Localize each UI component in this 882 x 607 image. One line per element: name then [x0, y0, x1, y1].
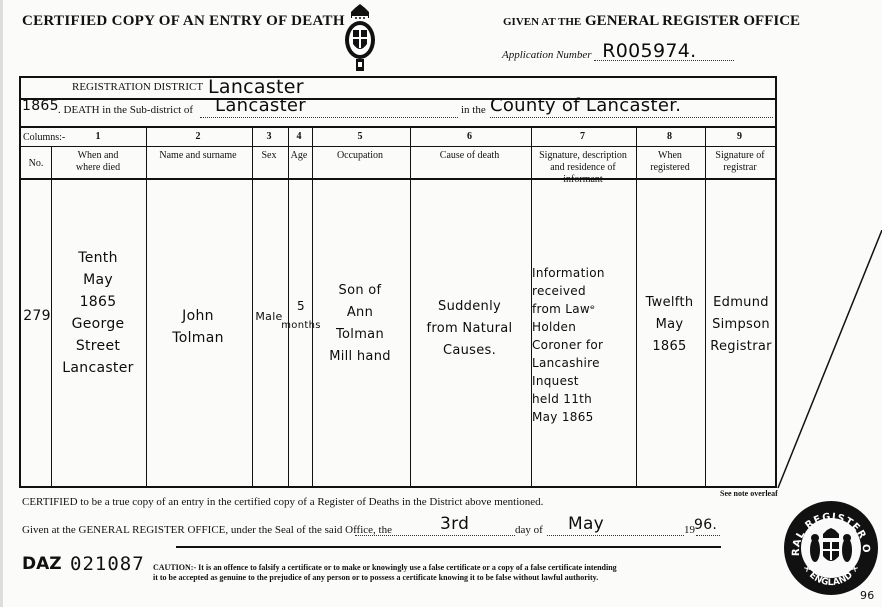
- when-line: 1865: [51, 291, 145, 313]
- cause-line: Causes.: [409, 340, 530, 362]
- issue-day: 3rd: [440, 514, 469, 534]
- column-label-when-registered: When registered: [642, 150, 698, 174]
- registrar-line: Registrar: [704, 336, 778, 358]
- column-number-8: 8: [635, 131, 704, 142]
- informant-line: Coroner for: [532, 336, 637, 354]
- informant-line: received: [532, 282, 637, 300]
- column-number-1: 1: [51, 131, 145, 142]
- where-line: Street: [51, 335, 145, 357]
- given-name: John: [145, 305, 251, 327]
- occupation-line: Tolman: [311, 324, 409, 346]
- where-line: Lancaster: [51, 357, 145, 379]
- entry-name: John Tolman: [145, 305, 251, 349]
- column-number-7: 7: [530, 131, 635, 142]
- surname: Tolman: [145, 327, 251, 349]
- application-number-value: R005974.: [602, 40, 696, 62]
- column-label-cause: Cause of death: [409, 150, 530, 162]
- county-value: County of Lancaster.: [490, 95, 681, 116]
- column-number-5: 5: [311, 131, 409, 142]
- where-line: George: [51, 313, 145, 335]
- cause-line: Suddenly: [409, 296, 530, 318]
- informant-line: Information: [532, 264, 637, 282]
- entry-informant: Information received from Lawᵉ Holden Co…: [530, 264, 637, 426]
- column-label-name: Name and surname: [145, 150, 251, 162]
- gro-title-prefix: GIVEN AT THE: [503, 16, 581, 28]
- entry-occupation: Son of Ann Tolman Mill hand: [311, 280, 409, 368]
- column-label-when-where: When and where died: [66, 150, 130, 174]
- entry-when-registered: Twelfth May 1865: [635, 292, 704, 358]
- informant-line: May 1865: [532, 408, 637, 426]
- subdistrict-label: . DEATH in the Sub-district of: [58, 104, 193, 116]
- county-label: in the: [461, 104, 486, 116]
- signature-rule: [176, 546, 721, 548]
- entry-registrar-signature: Edmund Simpson Registrar: [704, 292, 778, 358]
- registrar-line: Simpson: [704, 314, 778, 336]
- seal-mark: 96: [860, 589, 875, 602]
- registrar-line: Edmund: [704, 292, 778, 314]
- informant-line: held 11th: [532, 390, 637, 408]
- certified-statement: CERTIFIED to be a true copy of an entry …: [22, 496, 543, 508]
- issue-year: 96.: [694, 517, 717, 533]
- when-line: May: [51, 269, 145, 291]
- gro-seal-icon: GENERAL REGISTER OFFICE × ENGLAND ×: [783, 500, 879, 596]
- serial-number: 021087: [70, 553, 145, 575]
- column-number-3: 3: [251, 131, 287, 142]
- column-label-no: No.: [21, 158, 51, 170]
- given-statement: Given at the GENERAL REGISTER OFFICE, un…: [22, 524, 392, 536]
- see-note-overleaf: See note overleaf: [720, 489, 778, 498]
- entry-number: 279: [21, 305, 53, 327]
- informant-line: Inquest: [532, 372, 637, 390]
- entry-cause-of-death: Suddenly from Natural Causes.: [409, 296, 530, 362]
- occupation-line: Son of: [311, 280, 409, 302]
- column-label-occupation: Occupation: [311, 150, 409, 162]
- entry-when-where-died: Tenth May 1865 George Street Lancaster: [51, 247, 145, 379]
- column-number-4: 4: [287, 131, 311, 142]
- occupation-line: Ann: [311, 302, 409, 324]
- informant-line: from Lawᵉ: [532, 300, 637, 318]
- application-number-label: Application Number: [502, 49, 592, 61]
- certificate-title: CERTIFIED COPY OF AN ENTRY OF DEATH: [22, 13, 345, 30]
- when-line: Tenth: [51, 247, 145, 269]
- column-number-2: 2: [145, 131, 251, 142]
- column-number-9: 9: [704, 131, 775, 142]
- serial-prefix: DAZ: [22, 554, 62, 574]
- royal-crest-icon: [343, 4, 377, 76]
- registered-line: 1865: [635, 336, 704, 358]
- subdistrict-value: Lancaster: [215, 95, 306, 116]
- caution-line: it to be accepted as genuine to the prej…: [153, 573, 617, 583]
- caution-line: CAUTION:- It is an offence to falsify a …: [153, 563, 617, 573]
- gro-title-main: GENERAL REGISTER OFFICE: [585, 13, 800, 29]
- application-number: Application Number R005974.: [502, 48, 734, 61]
- registered-line: May: [635, 314, 704, 336]
- issue-month: May: [568, 514, 604, 534]
- cause-line: from Natural: [409, 318, 530, 340]
- cancel-diagonal-line: [770, 230, 882, 490]
- column-label-registrar: Signature of registrar: [708, 150, 772, 174]
- informant-line: Lancashire: [532, 354, 637, 372]
- column-label-sex: Sex: [251, 150, 287, 162]
- informant-line: Holden: [532, 318, 637, 336]
- gro-title: GIVEN AT THE GENERAL REGISTER OFFICE: [503, 13, 800, 30]
- page-edge: [0, 0, 3, 607]
- registration-district-label: REGISTRATION DISTRICT: [72, 81, 203, 93]
- column-label-informant: Signature, description and residence of …: [531, 150, 635, 186]
- column-label-age: Age: [287, 150, 311, 162]
- year-value: 1865: [22, 98, 59, 114]
- column-number-6: 6: [409, 131, 530, 142]
- day-of-label: day of: [515, 524, 543, 536]
- registered-line: Twelfth: [635, 292, 704, 314]
- caution-notice: CAUTION:- It is an offence to falsify a …: [153, 563, 617, 583]
- occupation-line: Mill hand: [311, 346, 409, 368]
